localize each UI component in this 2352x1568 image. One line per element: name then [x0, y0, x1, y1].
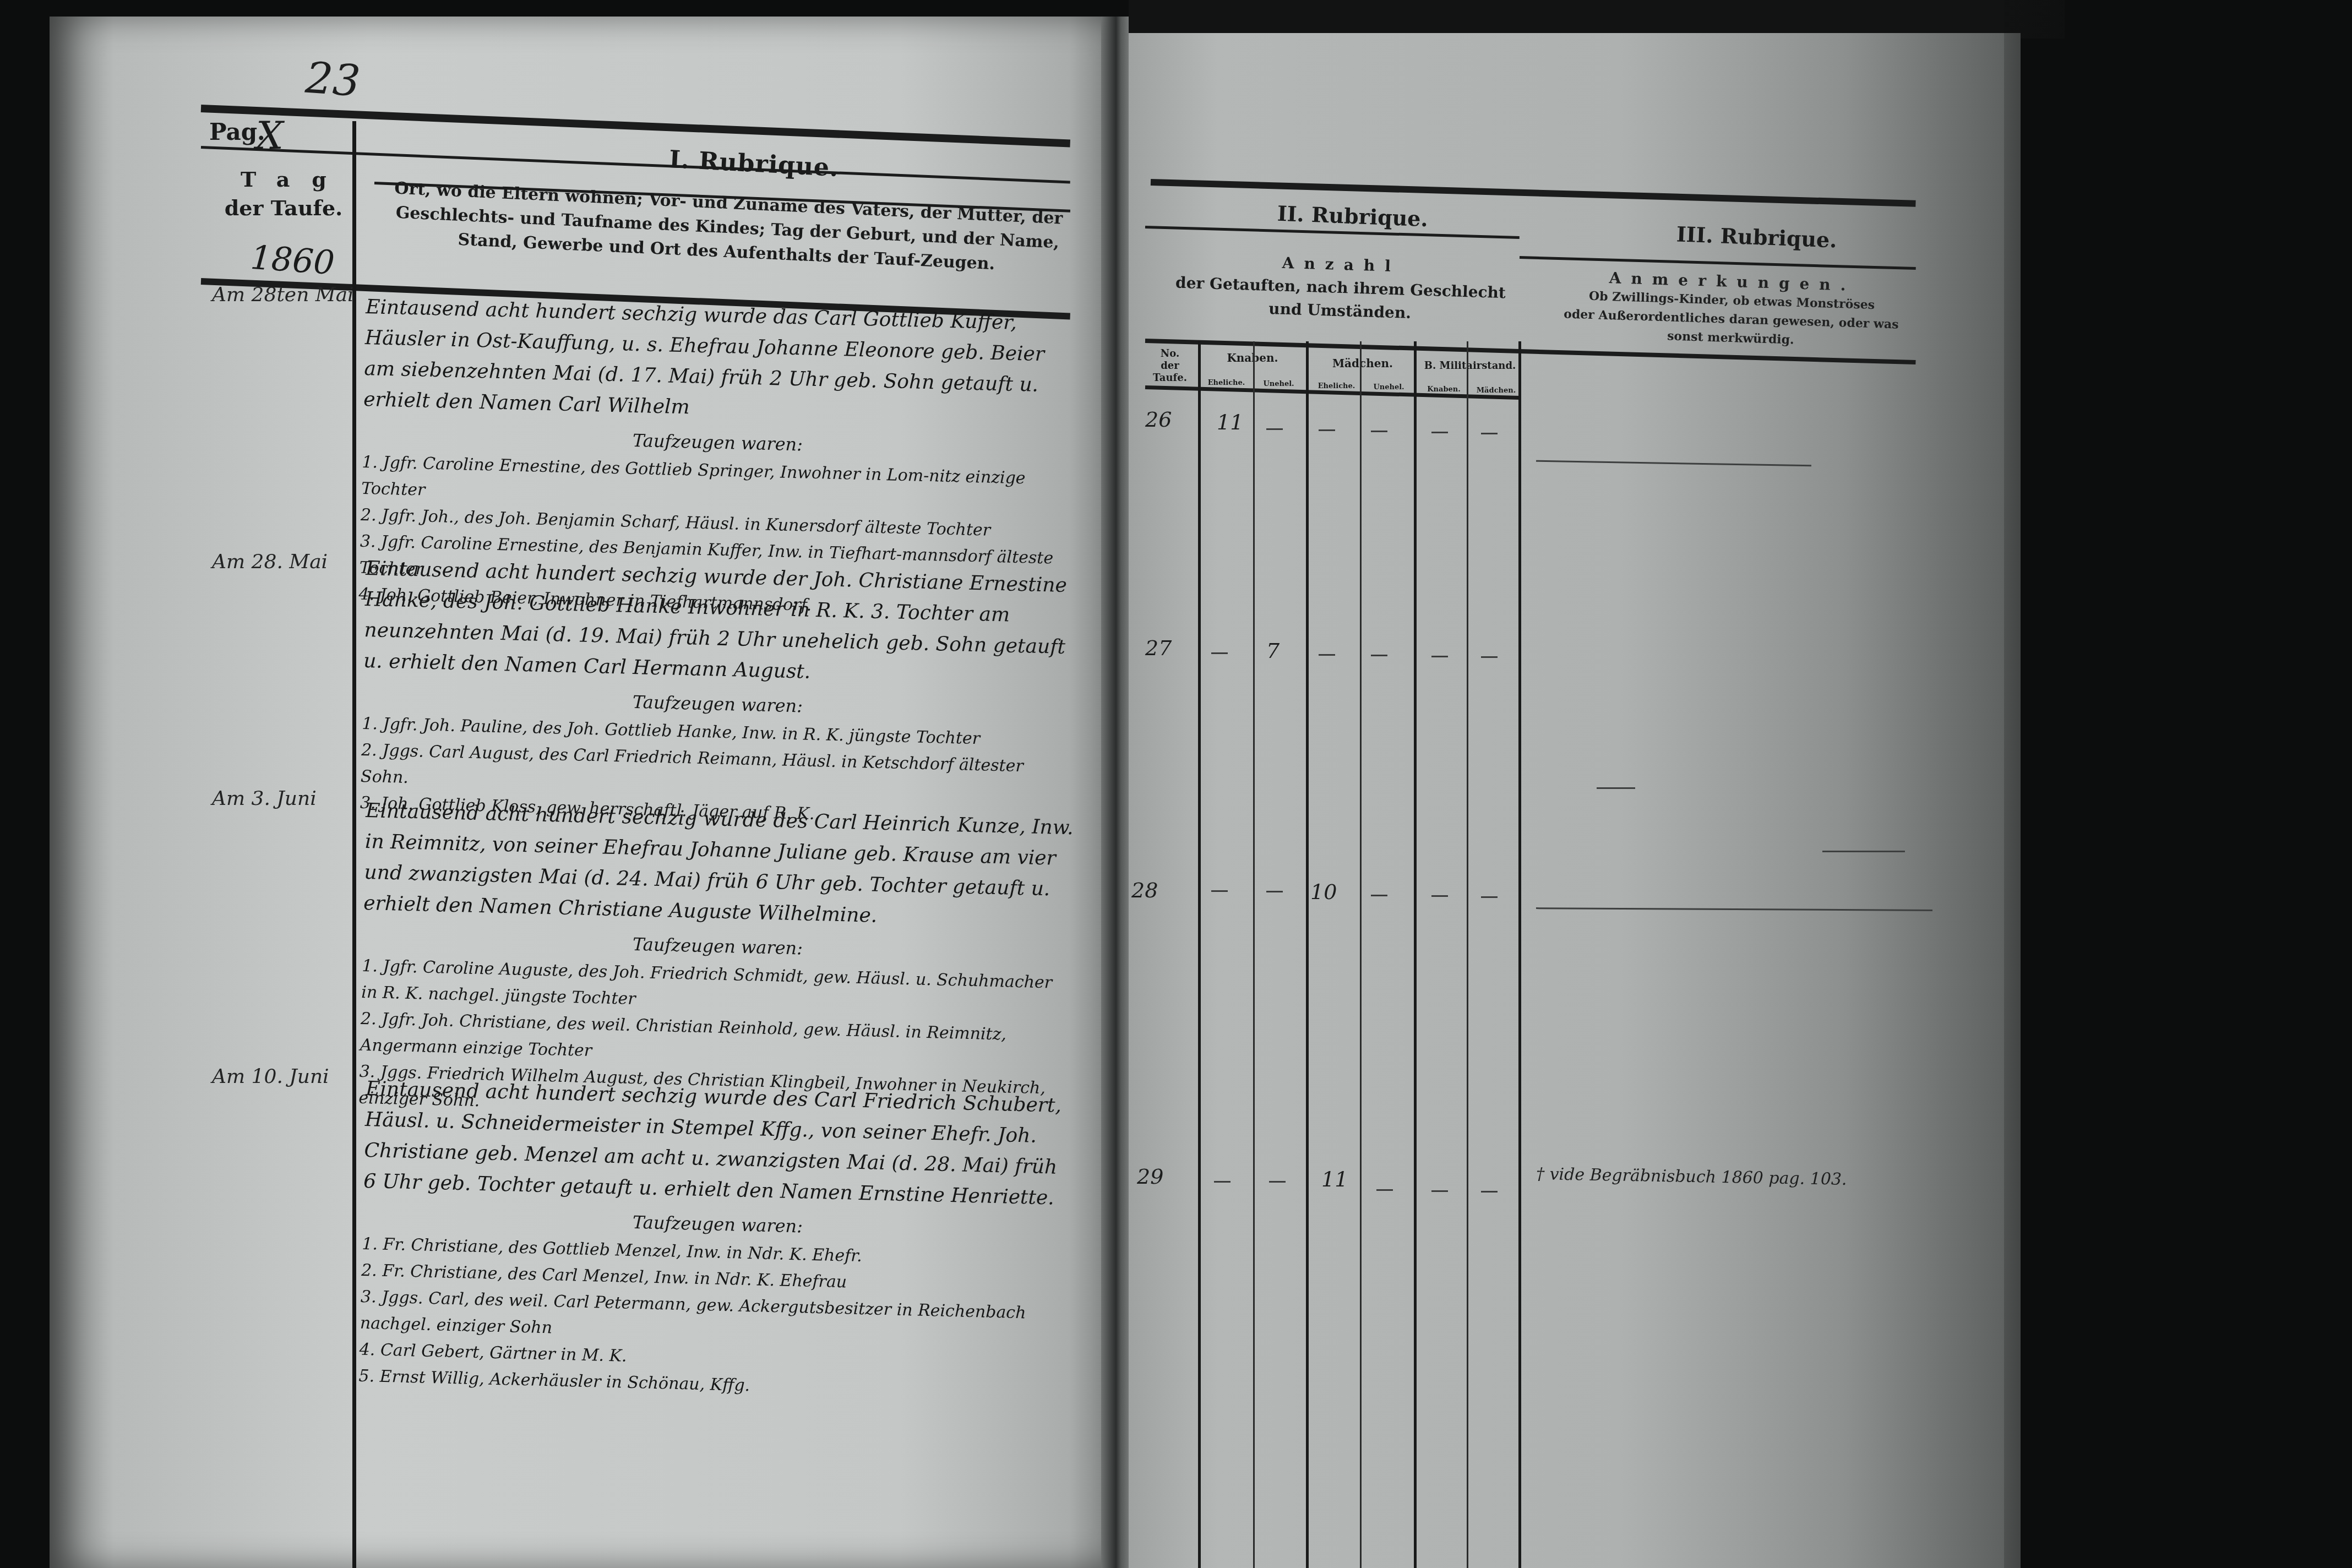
folio-number: 23: [304, 53, 362, 107]
left-column-divider: [352, 121, 356, 1568]
empty-dash: [1319, 429, 1335, 431]
empty-dash: [1319, 654, 1335, 656]
maedchen-unehelich-header: Unehel.: [1363, 383, 1415, 391]
baptism-entry: Eintausend acht hundert sechzig wurde de…: [358, 1074, 1076, 1407]
rubrique-2-subtitle: Anzahl der Getauften, nach ihrem Geschle…: [1161, 248, 1521, 328]
empty-dash: [1481, 896, 1498, 898]
empty-dash: [1266, 891, 1283, 892]
empty-dash: [1214, 1181, 1231, 1183]
entry-text: Eintausend acht hundert sechzig wurde da…: [363, 292, 1076, 432]
no-header-line1: No.: [1145, 348, 1195, 360]
empty-dash: [1266, 428, 1283, 430]
knaben-ehelich-value: 11: [1217, 410, 1243, 434]
right-edge-shadow: [2004, 0, 2352, 1568]
militair-header: B. Militairstand.: [1418, 360, 1522, 372]
column-divider: [1253, 341, 1255, 1568]
empty-dash: [1431, 895, 1448, 897]
entry-date: Am 10. Juni: [212, 1065, 329, 1088]
tally-table-header: No. der Taufe. Knaben. Mädchen. B. Milit…: [1145, 341, 1520, 413]
pencil-mark: [1822, 851, 1905, 852]
empty-dash: [1481, 656, 1498, 658]
baptism-number: 27: [1145, 636, 1172, 660]
no-header: No. der Taufe.: [1145, 348, 1195, 384]
entry-date: Am 28. Mai: [212, 551, 328, 573]
empty-dash: [1211, 890, 1228, 892]
rubrique-1-title: I. Rubrique.: [668, 145, 840, 182]
entry-text: Eintausend acht hundert sechzig wurde de…: [363, 553, 1076, 694]
knaben-header: Knaben.: [1200, 351, 1305, 364]
baptism-number: 28: [1131, 878, 1158, 902]
mil-maedchen-header: Mädchen.: [1470, 386, 1522, 395]
baptism-number: 29: [1137, 1164, 1163, 1189]
pencil-mark: [1597, 787, 1635, 789]
entry-date: Am 28ten Mai: [212, 284, 354, 306]
empty-dash: [1376, 1189, 1393, 1191]
column-divider: [1467, 341, 1468, 1568]
column-divider: [1518, 341, 1521, 1568]
entry-text: Eintausend acht hundert sechzig wurde de…: [363, 1074, 1076, 1214]
register-spread: 23 Pag. X I. Rubrique. Tag der Taufe. 18…: [0, 0, 2352, 1568]
empty-dash: [1481, 433, 1498, 434]
mil-knaben-header: Knaben.: [1418, 385, 1470, 394]
rubrique-3-subtitle: Anmerkungen. Ob Zwillings-Kinder, ob etw…: [1540, 266, 1923, 353]
left-header: Pag. X I. Rubrique. Tag der Taufe. 1860 …: [201, 99, 1071, 286]
empty-dash: [1269, 1181, 1286, 1183]
knaben-unehelich-header: Unehel.: [1253, 380, 1305, 388]
maedchen-ehelich-value: 11: [1321, 1167, 1348, 1191]
empty-dash: [1431, 432, 1448, 433]
maedchen-ehelich-header: Eheliche.: [1310, 382, 1363, 390]
description-header: Ort, wo die Eltern wohnen; Vor- und Zuna…: [385, 176, 1070, 280]
baptism-entry: Eintausend acht hundert sechzig wurde de…: [360, 553, 1076, 834]
entry-text: Eintausend acht hundert sechzig wurde de…: [363, 796, 1076, 936]
maedchen-ehelich-value: 10: [1310, 880, 1337, 904]
no-header-line3: Taufe.: [1145, 372, 1195, 384]
empty-dash: [1371, 895, 1387, 896]
column-divider: [1306, 341, 1309, 1568]
knaben-ehelich-header: Eheliche.: [1200, 379, 1253, 387]
register-year: 1860: [249, 238, 336, 282]
date-column-header: Tag der Taufe.: [212, 165, 355, 222]
entry-date: Am 3. Juni: [212, 787, 317, 810]
baptism-number: 26: [1145, 407, 1172, 432]
pag-value: X: [256, 113, 284, 158]
no-header-line2: der: [1145, 360, 1195, 372]
empty-dash: [1371, 655, 1387, 656]
column-divider: [1414, 341, 1417, 1568]
date-column-line1: Tag: [212, 165, 355, 194]
column-divider: [1360, 341, 1362, 1568]
empty-dash: [1431, 1190, 1448, 1192]
date-column-line2: der Taufe.: [212, 194, 355, 222]
knaben-unehelich-value: 7: [1266, 639, 1280, 663]
empty-dash: [1431, 656, 1448, 657]
empty-dash: [1371, 431, 1387, 432]
column-divider: [1198, 341, 1201, 1568]
empty-dash: [1481, 1191, 1498, 1193]
maedchen-header: Mädchen.: [1310, 357, 1415, 370]
empty-dash: [1211, 652, 1228, 654]
